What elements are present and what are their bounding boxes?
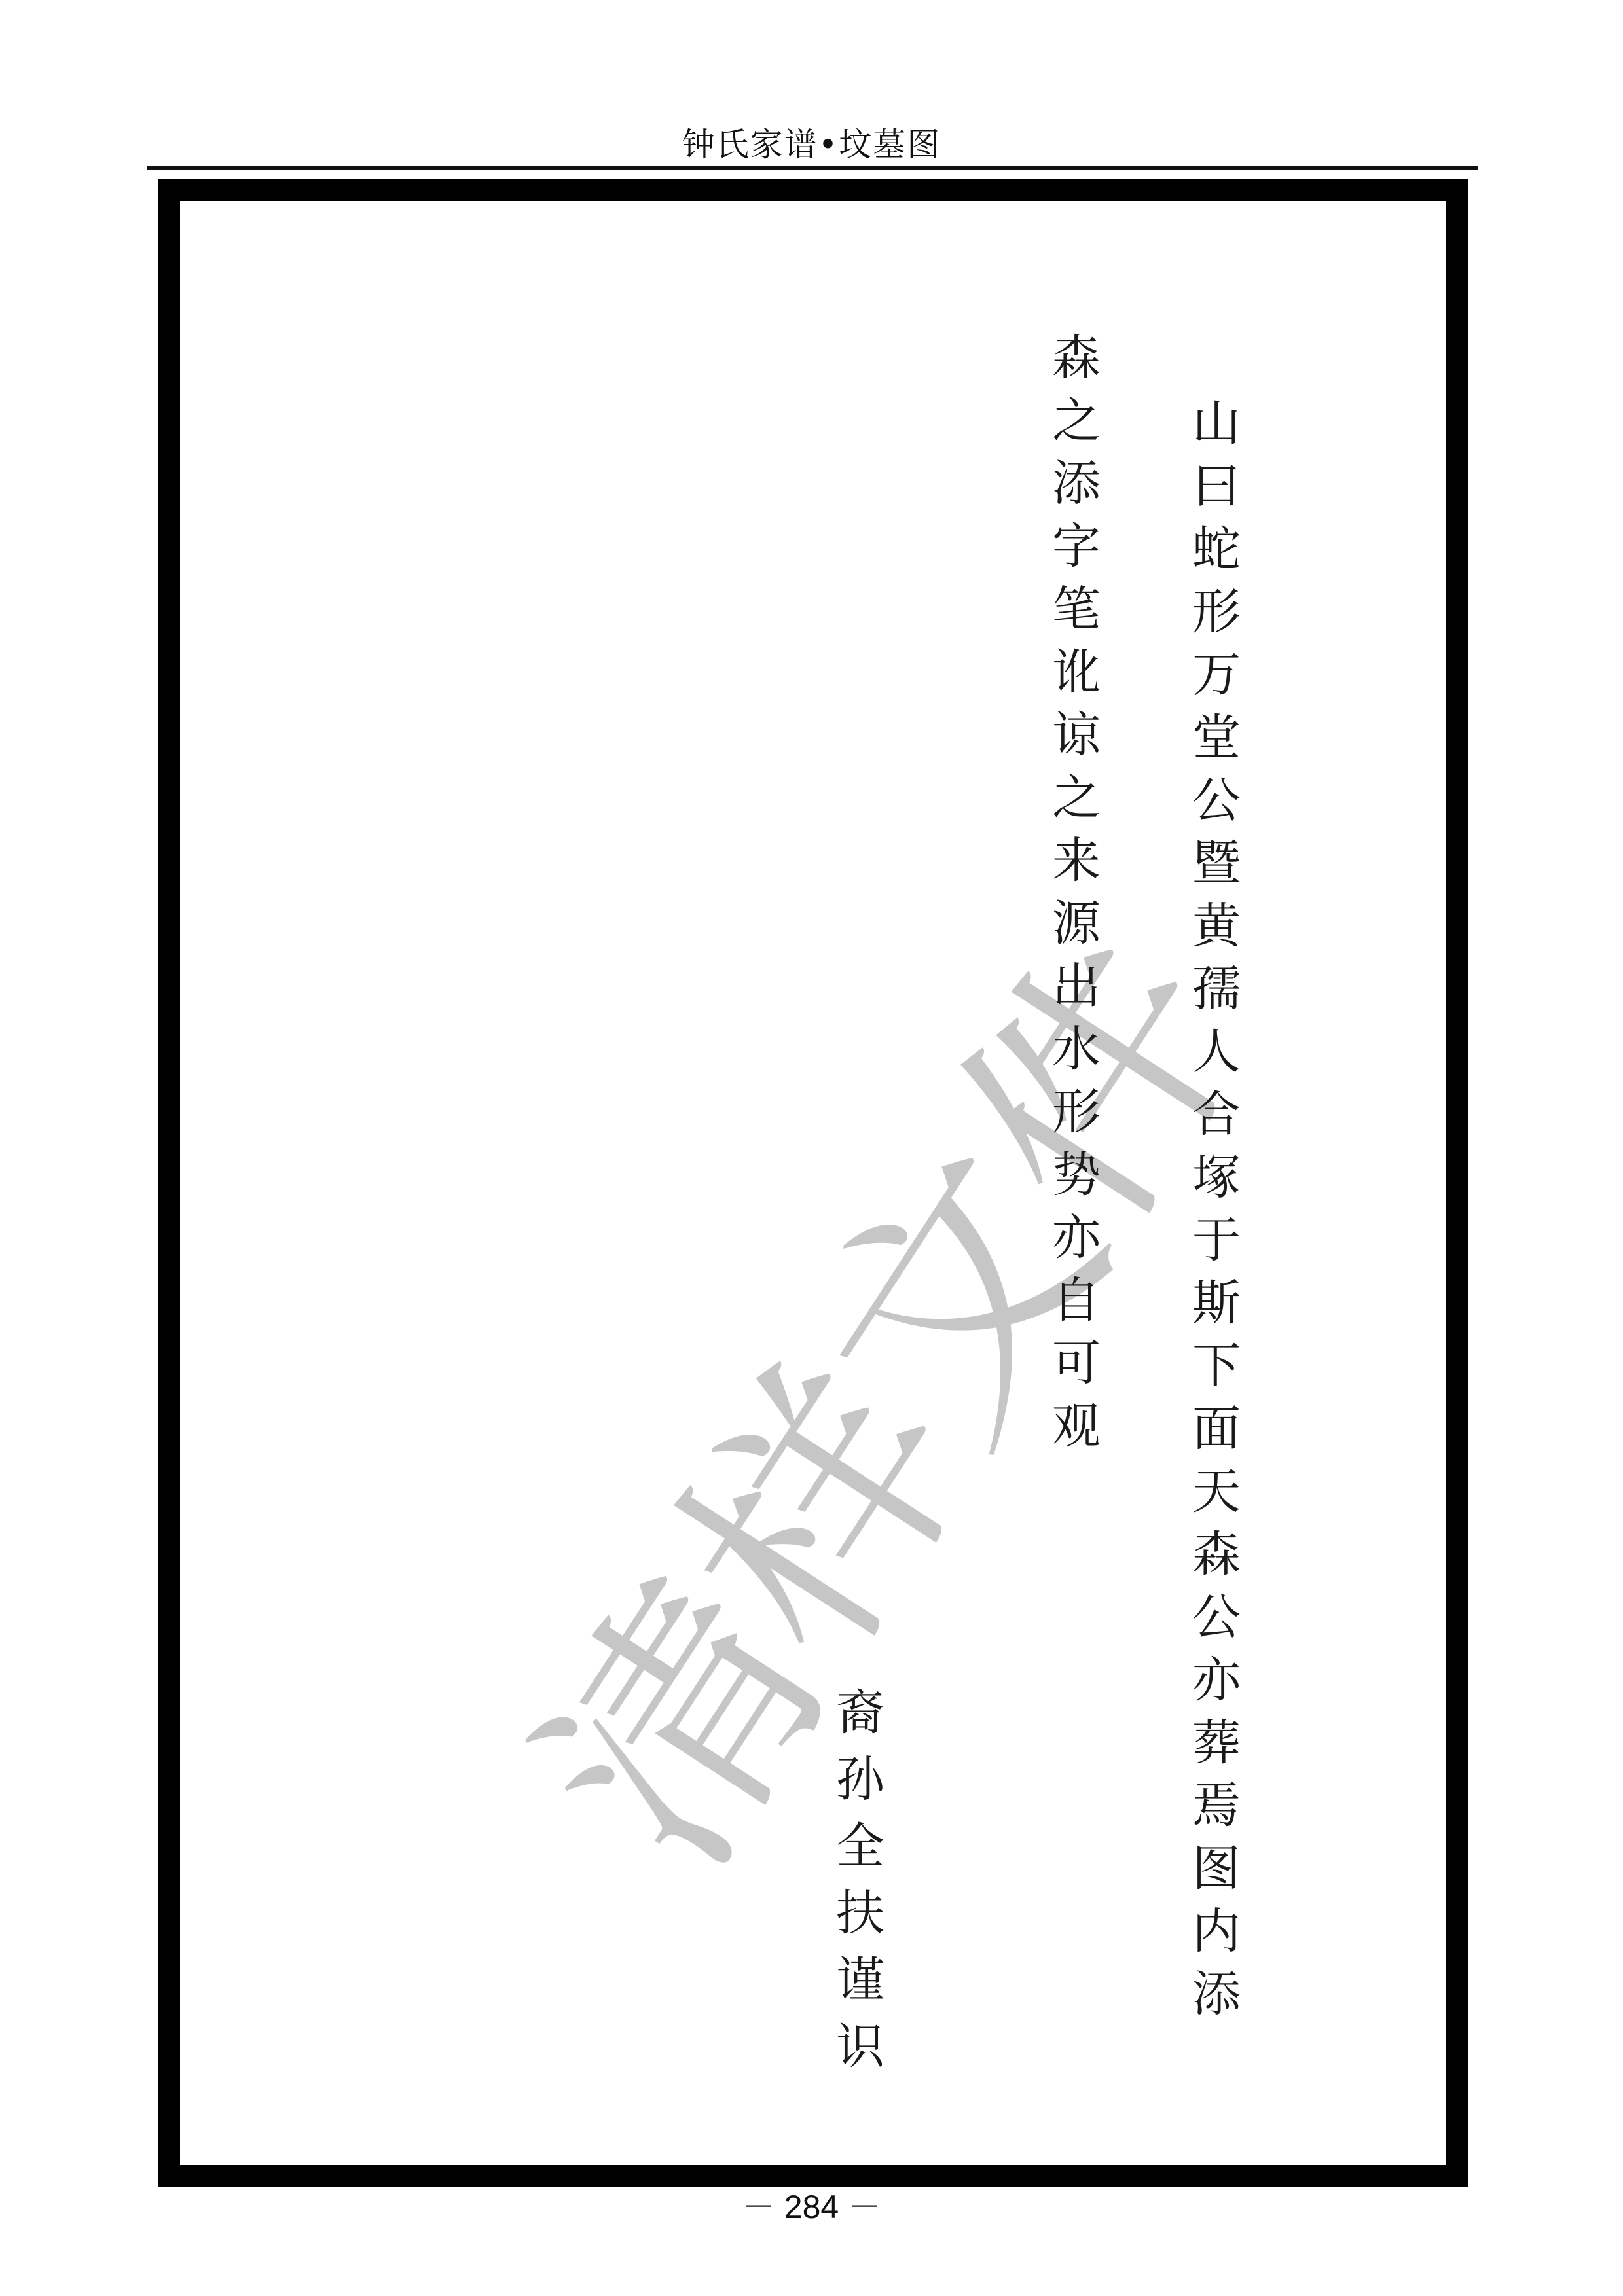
page-frame: 清样文件 山曰蛇形万堂公暨黄孺人合塚于斯下面天森公亦葬焉图内添 森之添字笔讹谅之… bbox=[158, 179, 1468, 2187]
text-column-1: 山曰蛇形万堂公暨黄孺人合塚于斯下面天森公亦葬焉图内添 bbox=[1188, 397, 1237, 2031]
signature: 裔孙全扶谨识 bbox=[832, 1687, 881, 2087]
watermark: 清样文件 bbox=[180, 201, 1446, 2165]
running-header-title: 钟氏家谱•坟墓图 bbox=[0, 122, 1623, 168]
header-rule bbox=[147, 166, 1478, 170]
page-number: － 284 － bbox=[0, 2189, 1623, 2225]
text-column-2: 森之添字笔讹谅之来源出水形势亦自可观 bbox=[1048, 332, 1097, 1463]
